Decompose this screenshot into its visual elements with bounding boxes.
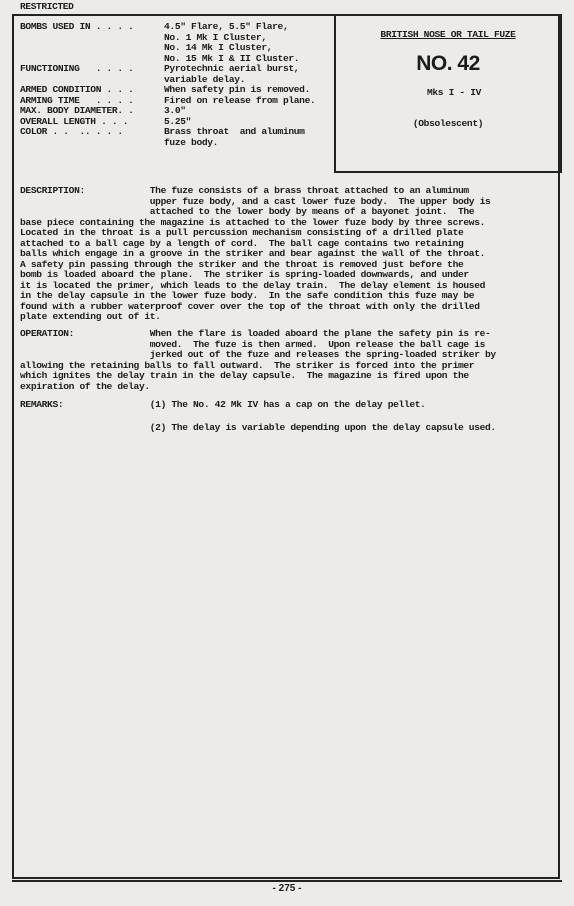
- text-line: (2) The delay is variable depending upon…: [20, 423, 550, 434]
- spec-label: FUNCTIONING . . . .: [20, 64, 134, 75]
- operation-text: When the flare is loaded aboard the plan…: [20, 329, 550, 392]
- spec-value: No. 14 Mk I Cluster,: [164, 43, 272, 54]
- description-section: DESCRIPTION: The fuze consists of a bras…: [20, 186, 550, 323]
- spec-value: fuze body.: [164, 138, 218, 149]
- text-line: (1) The No. 42 Mk IV has a cap on the de…: [20, 400, 550, 411]
- text-line: attached to the lower body by means of a…: [20, 207, 550, 218]
- spec-value: When safety pin is removed.: [164, 85, 310, 96]
- text-line: expiration of the delay.: [20, 382, 550, 393]
- operation-section: OPERATION: When the flare is loaded aboa…: [20, 329, 550, 392]
- description-text: The fuze consists of a brass throat atta…: [20, 186, 550, 323]
- footer-rule: [12, 880, 562, 882]
- spec-value: 3.0": [164, 106, 186, 117]
- remarks-text: (1) The No. 42 Mk IV has a cap on the de…: [20, 400, 550, 433]
- description-label: DESCRIPTION:: [20, 186, 85, 197]
- spec-label: MAX. BODY DIAMETER. .: [20, 106, 134, 117]
- spec-value: Brass throat and aluminum: [164, 127, 305, 138]
- text-line: in the delay capsule in the lower fuze b…: [20, 291, 550, 302]
- text-line: balls which engage in a groove in the st…: [20, 249, 550, 260]
- text-line: Located in the throat is a pull percussi…: [20, 228, 550, 239]
- text-line: When the flare is loaded aboard the plan…: [20, 329, 550, 340]
- remarks-section: REMARKS: (1) The No. 42 Mk IV has a cap …: [20, 400, 550, 433]
- spec-label: COLOR . . .. . . .: [20, 127, 123, 138]
- fuze-category-heading: BRITISH NOSE OR TAIL FUZE: [336, 30, 560, 41]
- fuze-marks: Mks I - IV: [336, 88, 560, 99]
- spec-value: Fired on release from plane.: [164, 96, 315, 107]
- remarks-label: REMARKS:: [20, 400, 63, 411]
- text-line: jerked out of the fuze and releases the …: [20, 350, 550, 361]
- fuze-status: (Obsolescent): [336, 119, 560, 130]
- text-line: plate extending out of it.: [20, 312, 550, 323]
- spec-label: ARMED CONDITION . . .: [20, 85, 134, 96]
- spec-label: BOMBS USED IN . . . .: [20, 22, 134, 33]
- text-line: The fuze consists of a brass throat atta…: [20, 186, 550, 197]
- classification-marking: RESTRICTED: [20, 2, 74, 13]
- text-line: bomb is loaded aboard the plane. The str…: [20, 270, 550, 281]
- page-number: - 275 -: [0, 883, 574, 894]
- fuze-title-box: BRITISH NOSE OR TAIL FUZE NO. 42 Mks I -…: [334, 14, 562, 173]
- text-line: which ignites the delay train in the del…: [20, 371, 550, 382]
- fuze-number: NO. 42: [336, 52, 560, 76]
- spec-value: 4.5" Flare, 5.5" Flare,: [164, 22, 288, 33]
- spec-value: Pyrotechnic aerial burst,: [164, 64, 299, 75]
- operation-label: OPERATION:: [20, 329, 74, 340]
